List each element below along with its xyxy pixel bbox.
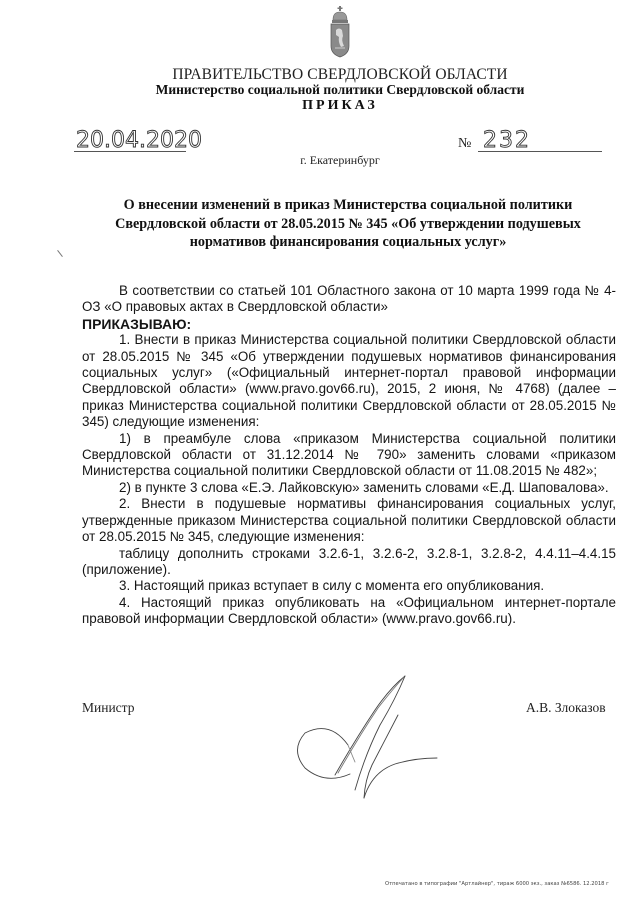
stray-mark <box>57 250 63 257</box>
item-2-detail: таблицу дополнить строками 3.2.6-1, 3.2.… <box>82 546 616 579</box>
document-body: В соответствии со статьей 101 Областного… <box>82 283 616 628</box>
date-underline <box>74 151 186 152</box>
preamble: В соответствии со статьей 101 Областного… <box>82 283 616 316</box>
document-type: ПРИКАЗ <box>0 98 640 114</box>
item-1-sub-1: 1) в преамбуле слова «приказом Министерс… <box>82 431 616 480</box>
handwritten-date: 20.04.2020 <box>76 128 202 153</box>
handwritten-number: 232 <box>483 128 531 153</box>
item-1: 1. Внести в приказ Министерства социальн… <box>82 332 616 430</box>
coat-of-arms-icon <box>329 6 351 58</box>
print-note: Отпечатано в типографии "Артлайнер", тир… <box>385 881 609 887</box>
number-underline <box>478 151 602 152</box>
ministry-heading: Министерство социальной политики Свердло… <box>0 82 640 98</box>
item-1-sub-2: 2) в пункте 3 слова «Е.Э. Лайковскую» за… <box>82 480 616 496</box>
handwritten-signature-icon <box>260 670 440 800</box>
signatory-position: Министр <box>82 700 134 716</box>
city-label: г. Екатеринбург <box>0 153 640 168</box>
item-2: 2. Внести в подушевые нормативы финансир… <box>82 496 616 545</box>
item-4: 4. Настоящий приказ опубликовать на «Офи… <box>82 595 616 628</box>
document-title: О внесении изменений в приказ Министерст… <box>84 196 612 252</box>
order-word: ПРИКАЗЫВАЮ: <box>82 316 616 332</box>
number-sign: № <box>458 136 471 152</box>
signatory-name: А.В. Злоказов <box>526 700 606 716</box>
item-3: 3. Настоящий приказ вступает в силу с мо… <box>82 578 616 594</box>
